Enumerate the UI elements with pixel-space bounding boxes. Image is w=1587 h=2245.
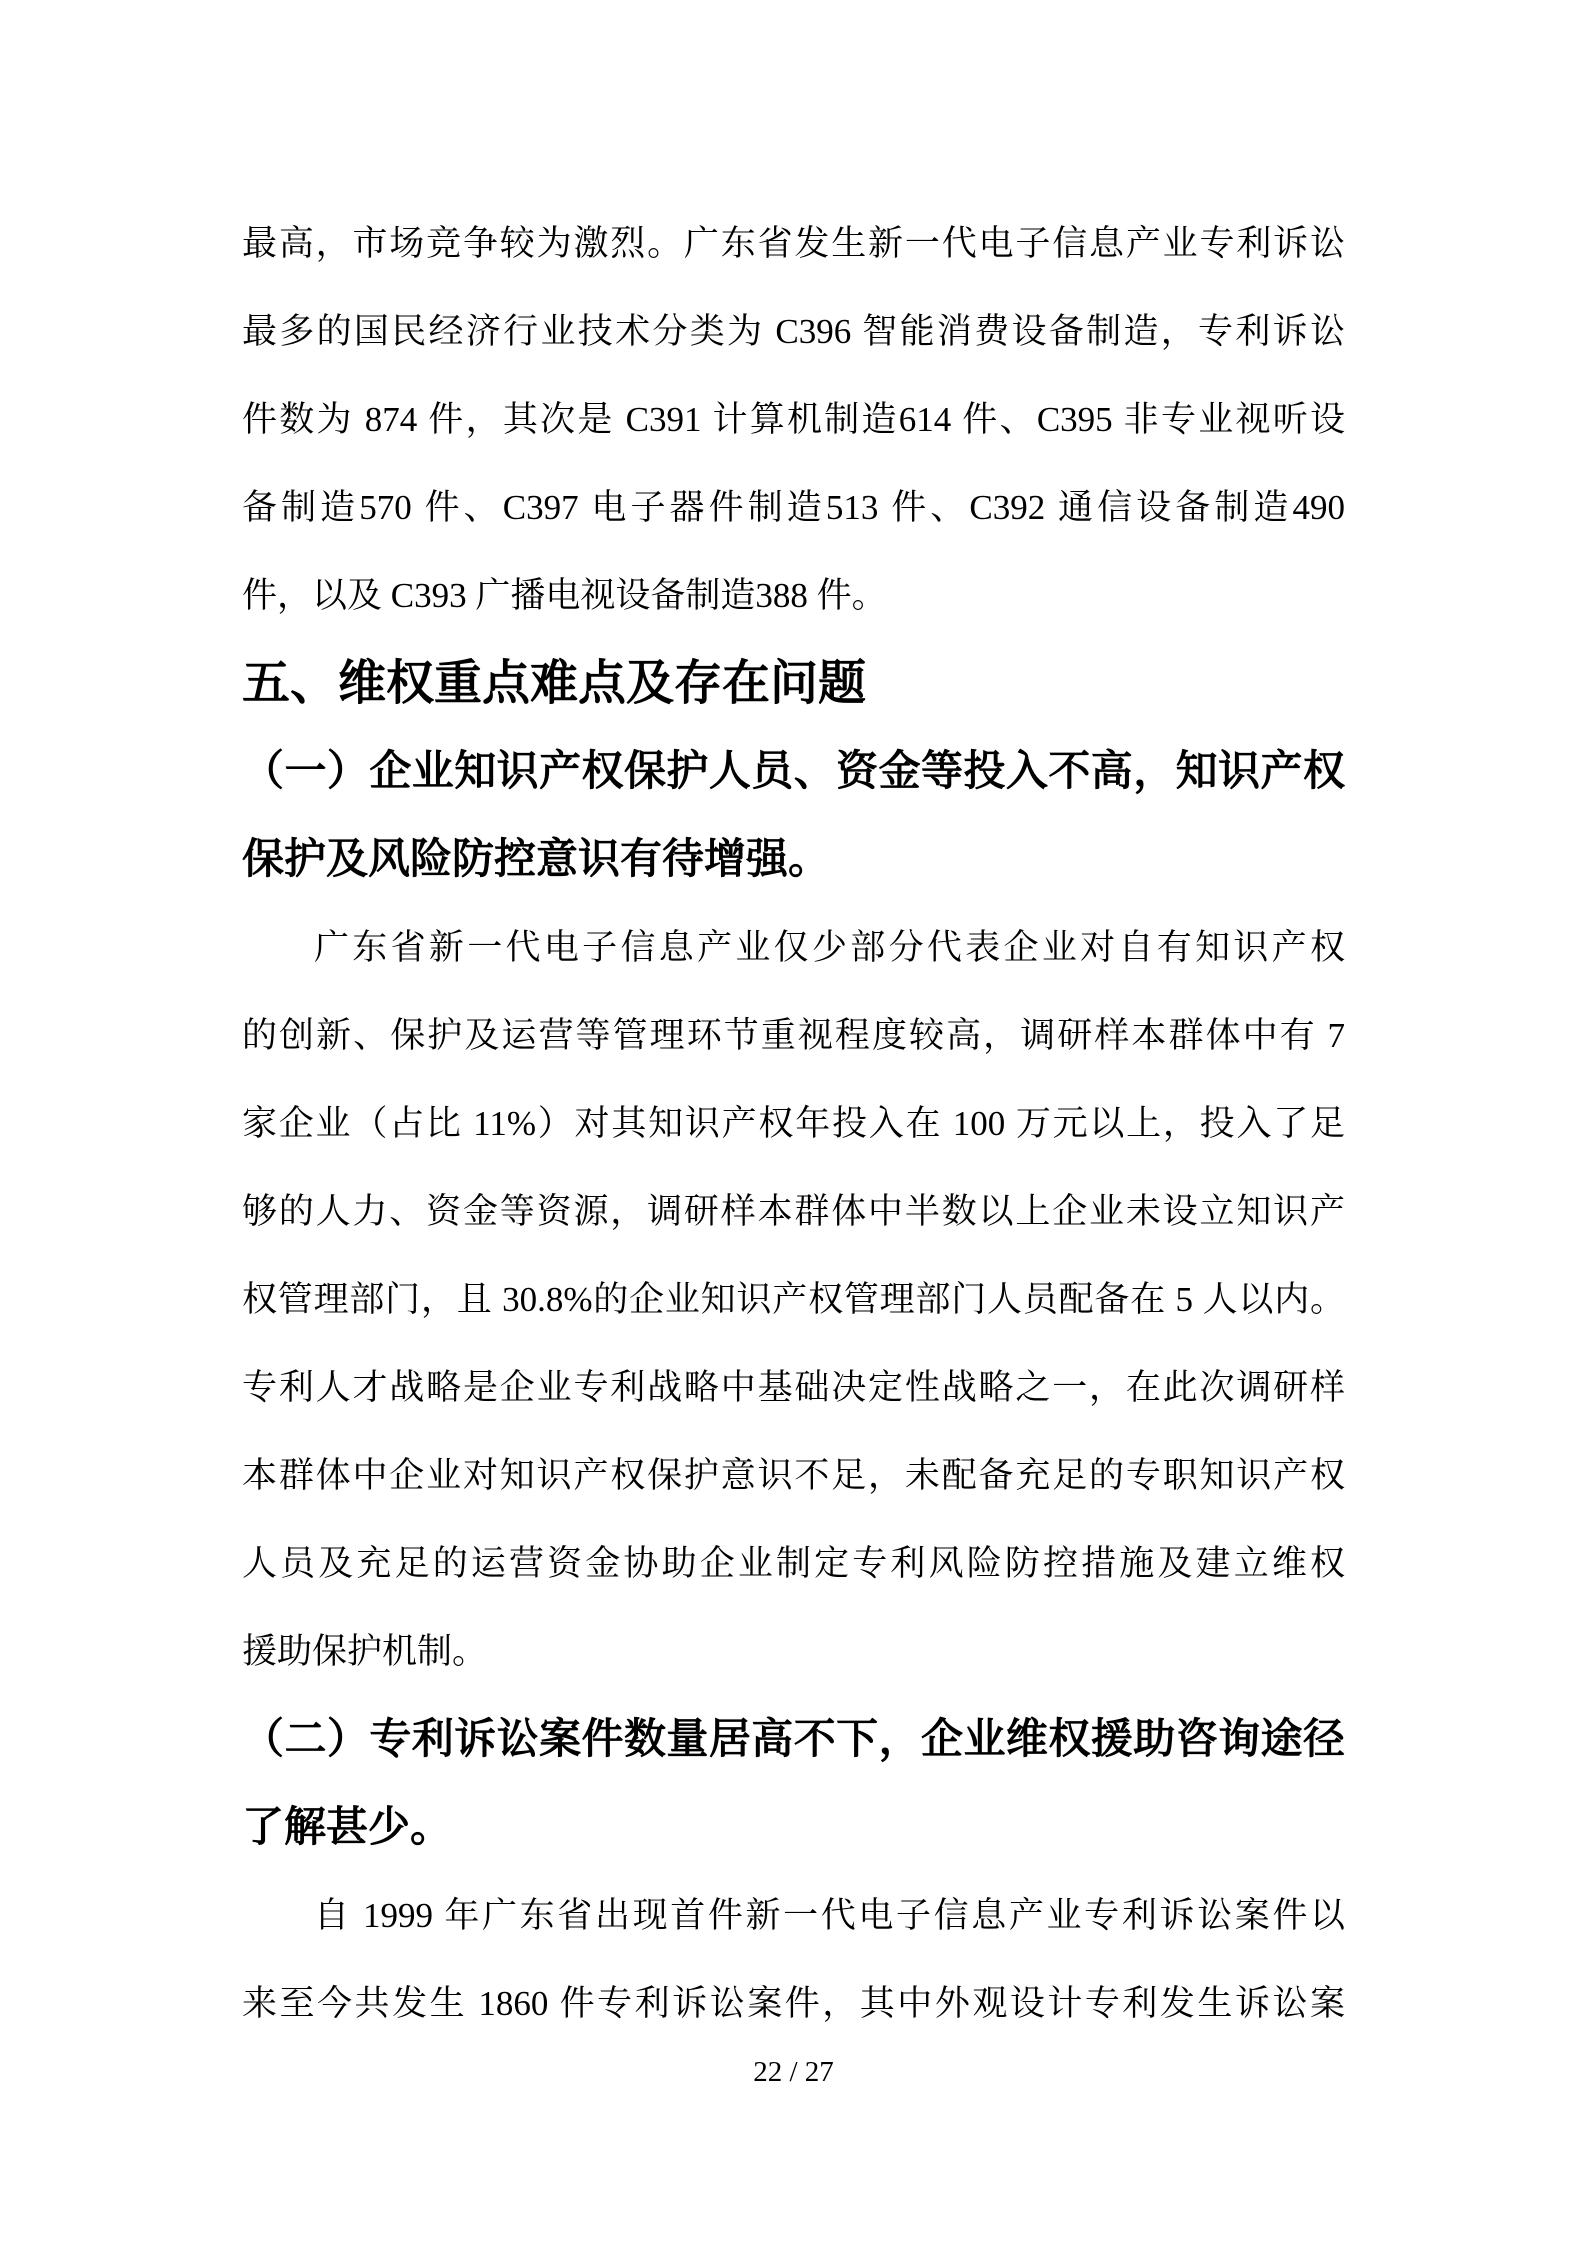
paragraph-line: 专利人才战略是企业专利战略中基础决定性战略之一，在此次调研样 <box>242 1344 1345 1432</box>
paragraph-line: 件数为 874 件，其次是 C391 计算机制造614 件、C395 非专业视听… <box>242 376 1345 464</box>
paragraph-line: 最高，市场竞争较为激烈。广东省发生新一代电子信息产业专利诉讼 <box>242 200 1345 288</box>
paragraph-line: 来至今共发生 1860 件专利诉讼案件，其中外观设计专利发生诉讼案 <box>242 1960 1345 2048</box>
paragraph-line: 权管理部门，且 30.8%的企业知识产权管理部门人员配备在 5 人以内。 <box>242 1256 1345 1344</box>
paragraph-line: 件，以及 C393 广播电视设备制造388 件。 <box>242 552 1345 640</box>
document-body: 最高，市场竞争较为激烈。广东省发生新一代电子信息产业专利诉讼 最多的国民经济行业… <box>242 200 1345 2048</box>
subsection-heading-line: （一）企业知识产权保护人员、资金等投入不高，知识产权 <box>242 728 1345 816</box>
subsection-heading-line: 了解甚少。 <box>242 1784 1345 1872</box>
page-number: 22 / 27 <box>753 2056 834 2088</box>
paragraph-line: 人员及充足的运营资金协助企业制定专利风险防控措施及建立维权 <box>242 1520 1345 1608</box>
document-page: 最高，市场竞争较为激烈。广东省发生新一代电子信息产业专利诉讼 最多的国民经济行业… <box>0 0 1587 2245</box>
paragraph-line: 够的人力、资金等资源，调研样本群体中半数以上企业未设立知识产 <box>242 1168 1345 1256</box>
subsection-heading-line: （二）专利诉讼案件数量居高不下，企业维权援助咨询途径 <box>242 1696 1345 1784</box>
paragraph-line: 援助保护机制。 <box>242 1608 1345 1696</box>
section-heading: 五、维权重点难点及存在问题 <box>242 640 1345 728</box>
paragraph-line: 家企业（占比 11%）对其知识产权年投入在 100 万元以上，投入了足 <box>242 1080 1345 1168</box>
paragraph-line: 本群体中企业对知识产权保护意识不足，未配备充足的专职知识产权 <box>242 1432 1345 1520</box>
paragraph-line: 备制造570 件、C397 电子器件制造513 件、C392 通信设备制造490 <box>242 464 1345 552</box>
page-footer: 22 / 27 <box>0 2050 1587 2094</box>
paragraph-line: 最多的国民经济行业技术分类为 C396 智能消费设备制造，专利诉讼 <box>242 288 1345 376</box>
paragraph-line: 自 1999 年广东省出现首件新一代电子信息产业专利诉讼案件以 <box>242 1872 1345 1960</box>
subsection-heading-line: 保护及风险防控意识有待增强。 <box>242 816 1345 904</box>
paragraph-line: 的创新、保护及运营等管理环节重视程度较高，调研样本群体中有 7 <box>242 992 1345 1080</box>
paragraph-line: 广东省新一代电子信息产业仅少部分代表企业对自有知识产权 <box>242 904 1345 992</box>
